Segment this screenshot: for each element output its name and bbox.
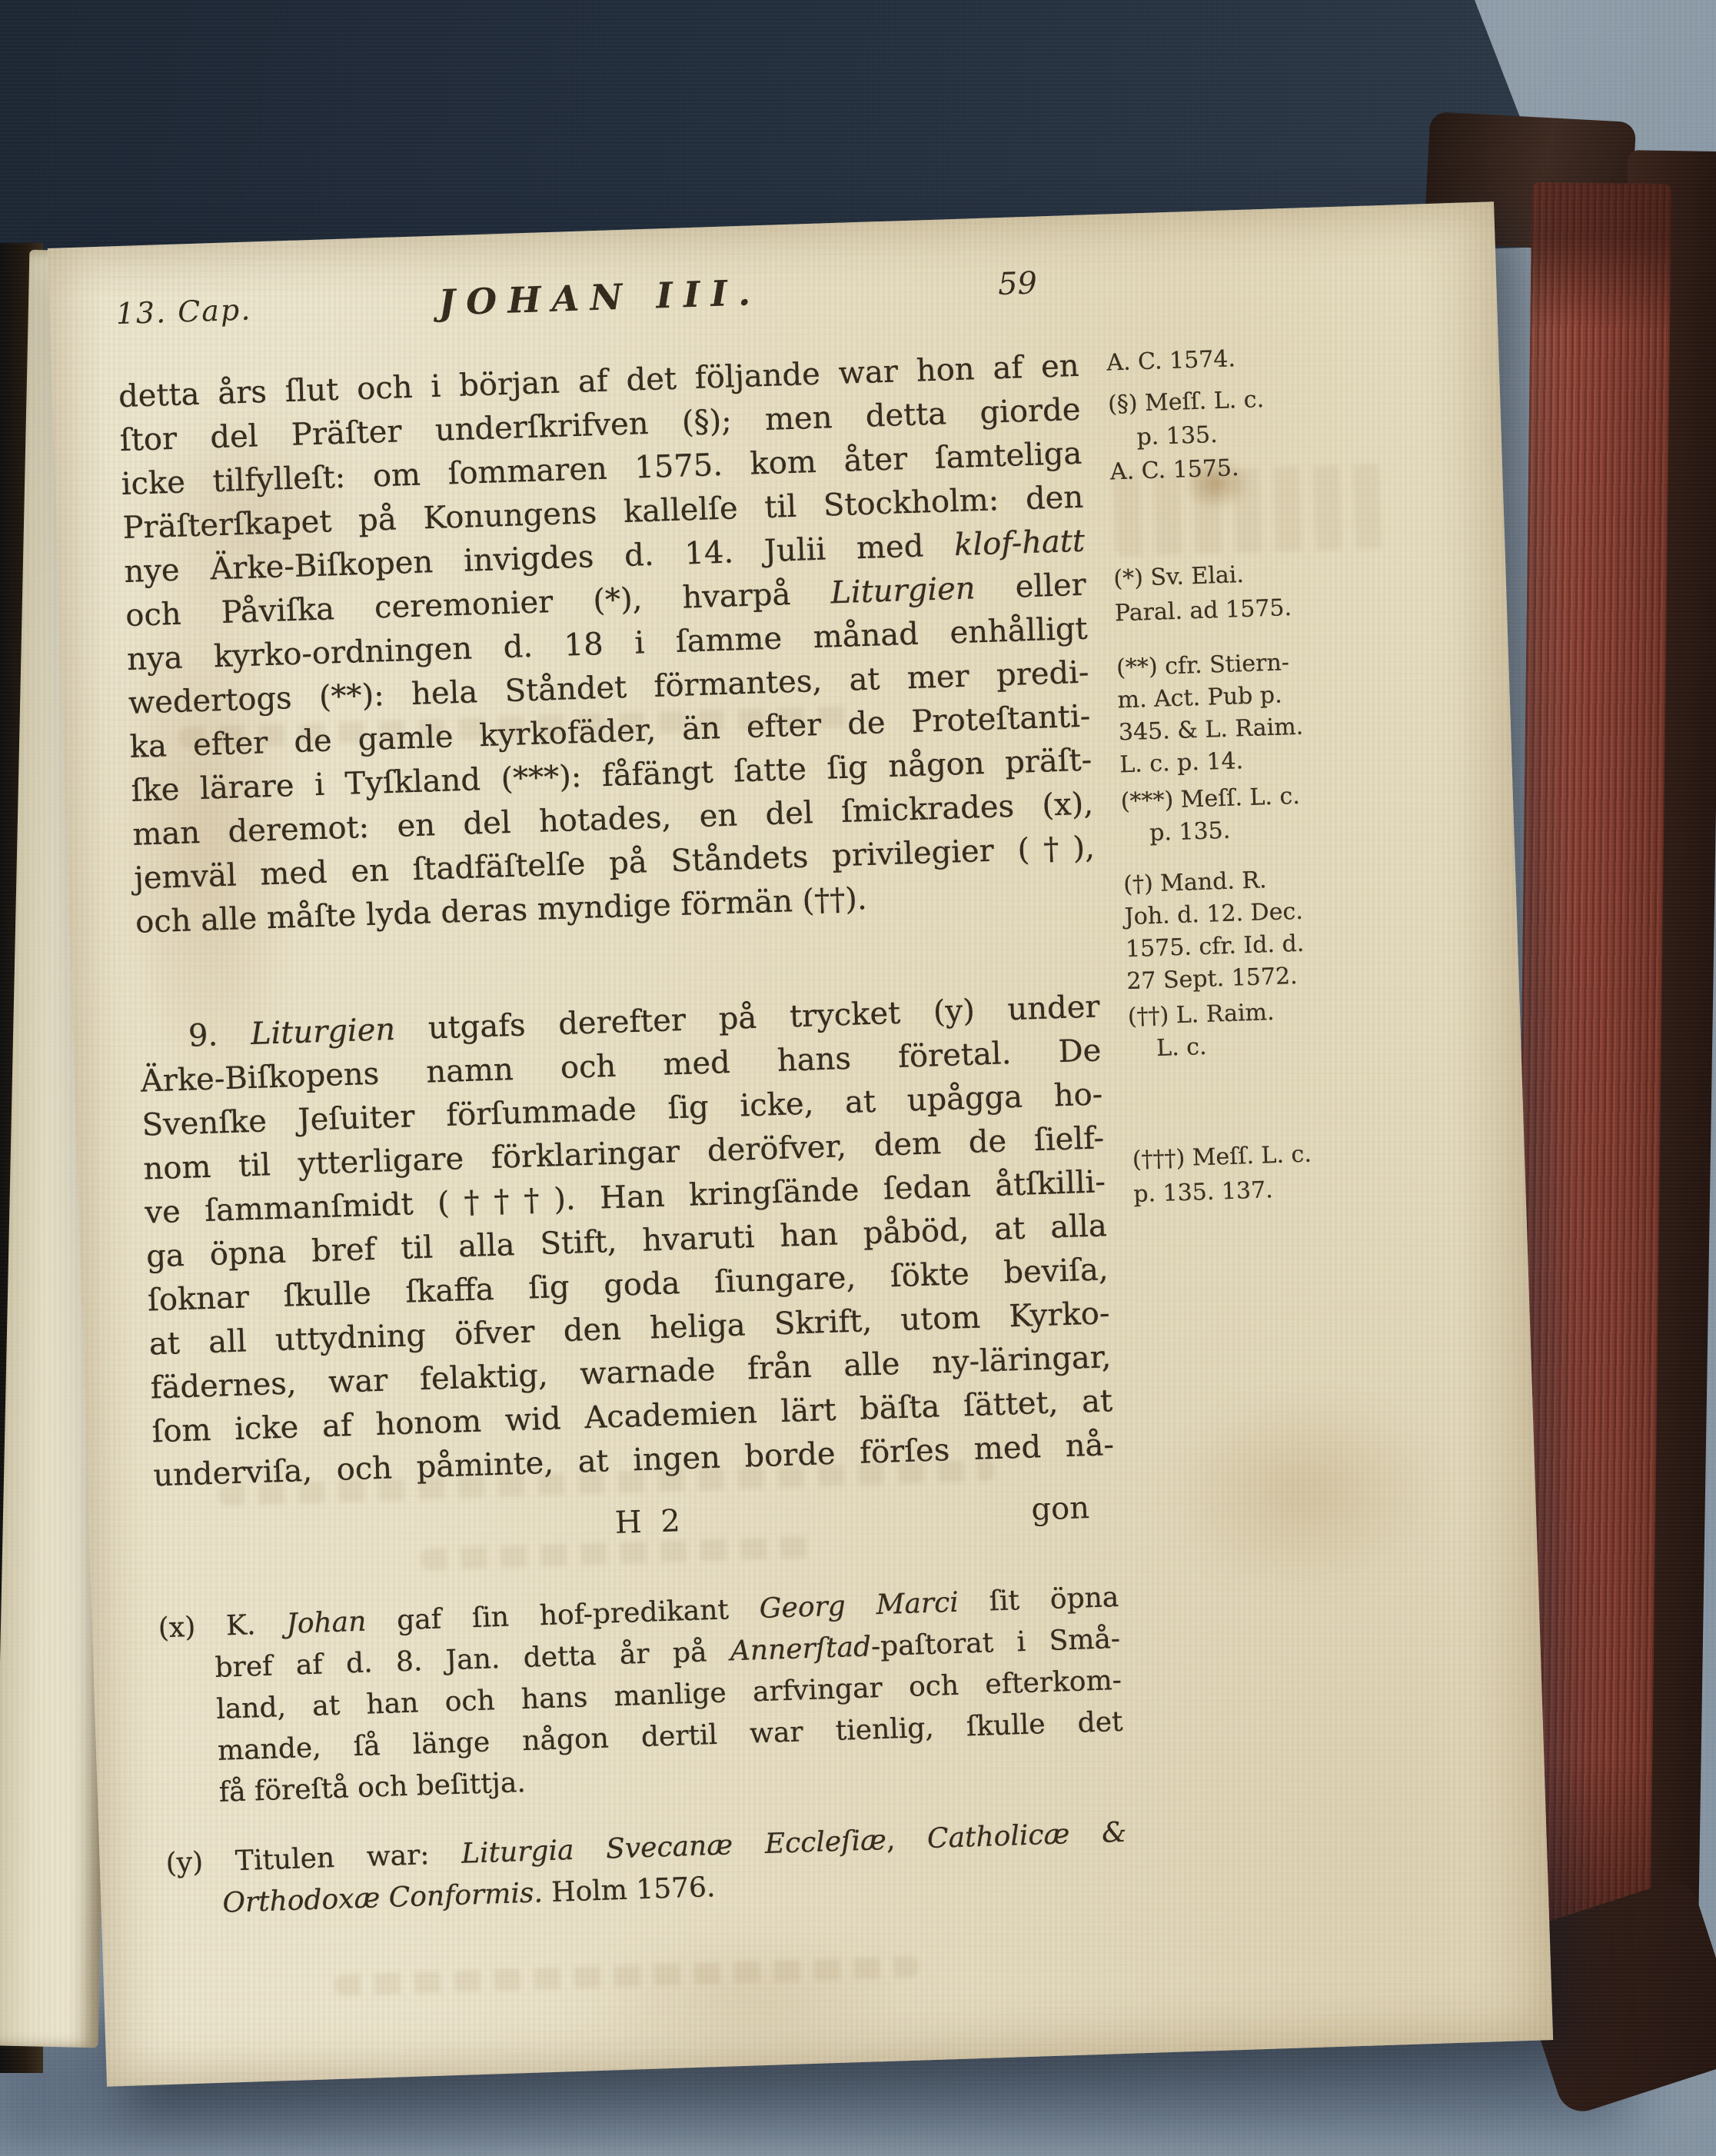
- page-number: 59: [997, 265, 1037, 302]
- signature-mark: H 2: [614, 1503, 685, 1541]
- text-segment: (†) Mand. R.: [1123, 867, 1267, 898]
- text-segment: (††) L. Raim.: [1127, 999, 1275, 1030]
- paper-stain: [1162, 1388, 1445, 1596]
- text-segment: få föreſtå och beſittja.: [218, 1767, 526, 1808]
- show-through-text: [334, 1956, 920, 1997]
- text-segment: ,: [886, 1823, 928, 1856]
- margin-note: (†††) Meſſ. L. c.p. 135. 137.: [1132, 1132, 1472, 1212]
- running-title: JOHAN III.: [438, 271, 762, 324]
- footnote-x: (x) K. Johan gaf ſin hof-predikant Georg…: [158, 1577, 1125, 1815]
- margin-note: (***) Meſſ. L. c.p. 135.: [1120, 775, 1460, 850]
- text-segment: Holm 1576.: [542, 1872, 716, 1908]
- photo-scene: p. i s it n A l : f f i 13. Cap. JOHAN I…: [0, 0, 1716, 2156]
- text-segment: A. C. 1575.: [1109, 454, 1239, 485]
- text-segment: 345. & L. Raim.: [1118, 714, 1303, 747]
- text-segment: (**) cfr. Stiern-: [1116, 649, 1290, 681]
- margin-note: (†) Mand. R.Joh. d. 12. Dec.1575. cfr. I…: [1123, 858, 1465, 998]
- text-segment: p. 135.: [1149, 817, 1231, 847]
- italic-text-segment: Catholicæ &: [926, 1817, 1126, 1855]
- italic-text-segment: Johan: [286, 1606, 367, 1640]
- margin-note: (*) Sv. Elai.Paral. ad 1575.: [1113, 551, 1454, 630]
- text-segment: p. 135. 137.: [1133, 1176, 1273, 1208]
- margin-note: (**) cfr. Stiern-m. Act. Pub p.345. & L.…: [1116, 641, 1458, 781]
- text-segment: L. c.: [1156, 1033, 1207, 1062]
- italic-text-segment: Liturgia Svecanæ Eccleſiæ: [461, 1825, 887, 1870]
- catchword: gon: [1031, 1490, 1090, 1527]
- italic-text-segment: Orthodoxæ Conformis.: [222, 1877, 544, 1918]
- italic-text-segment: Georg Marci: [759, 1587, 959, 1625]
- italic-text-segment: klof-hatt: [953, 524, 1085, 563]
- text-segment: ſit öpna: [958, 1582, 1119, 1619]
- italic-text-segment: Liturgien: [830, 571, 976, 611]
- italic-text-segment: Liturgien: [250, 1012, 396, 1052]
- text-segment: 9.: [188, 1016, 251, 1054]
- text-segment: -paſtorat i Små-: [870, 1623, 1120, 1662]
- chapter-label: 13. Cap.: [115, 292, 252, 331]
- paper-stain: [564, 1920, 937, 2078]
- margin-note: (§) Meſſ. L. c.p. 135.: [1107, 377, 1448, 455]
- margin-note: (††) L. Raim.L. c.: [1127, 990, 1467, 1066]
- text-segment: A. C. 1574.: [1106, 345, 1236, 376]
- text-segment: 1575. cfr. Id. d.: [1125, 930, 1304, 963]
- text-segment: (x) K.: [158, 1609, 287, 1644]
- text-segment: gaf ſin hof-predikant: [366, 1593, 760, 1637]
- text-line: A. C. 1574.: [1106, 335, 1445, 380]
- text-segment: (y) Titulen war:: [165, 1838, 462, 1879]
- italic-text-segment: Annerſtad: [730, 1631, 871, 1667]
- text-segment: (§) Meſſ. L. c.: [1108, 386, 1265, 418]
- text-segment: p. 135.: [1136, 421, 1218, 451]
- text-segment: (*) Sv. Elai.: [1113, 561, 1245, 592]
- body-paragraph-9: 9. Liturgien utgafs derefter på trycket …: [138, 985, 1115, 1498]
- text-segment: eller: [975, 567, 1087, 607]
- margin-note: A. C. 1574.: [1106, 335, 1445, 380]
- text-segment: m. Act. Pub p.: [1117, 681, 1282, 714]
- text-segment: Joh. d. 12. Dec.: [1124, 898, 1303, 930]
- page-header: 13. Cap. JOHAN III. 59: [115, 261, 1077, 338]
- text-segment: 27 Sept. 1572.: [1126, 963, 1298, 995]
- footnote-y: (y) Titulen war: Liturgia Svecanæ Eccleſ…: [165, 1812, 1129, 1926]
- text-segment: (***) Meſſ. L. c.: [1120, 783, 1300, 816]
- book-page: 13. Cap. JOHAN III. 59 detta års ſlut oc…: [48, 201, 1553, 2087]
- body-paragraph-continued: detta års ſlut och i början af det följa…: [118, 344, 1096, 945]
- text-segment: Paral. ad 1575.: [1114, 594, 1292, 627]
- text-segment: L. c. p. 14.: [1119, 747, 1244, 778]
- text-segment: (†††) Meſſ. L. c.: [1132, 1141, 1312, 1174]
